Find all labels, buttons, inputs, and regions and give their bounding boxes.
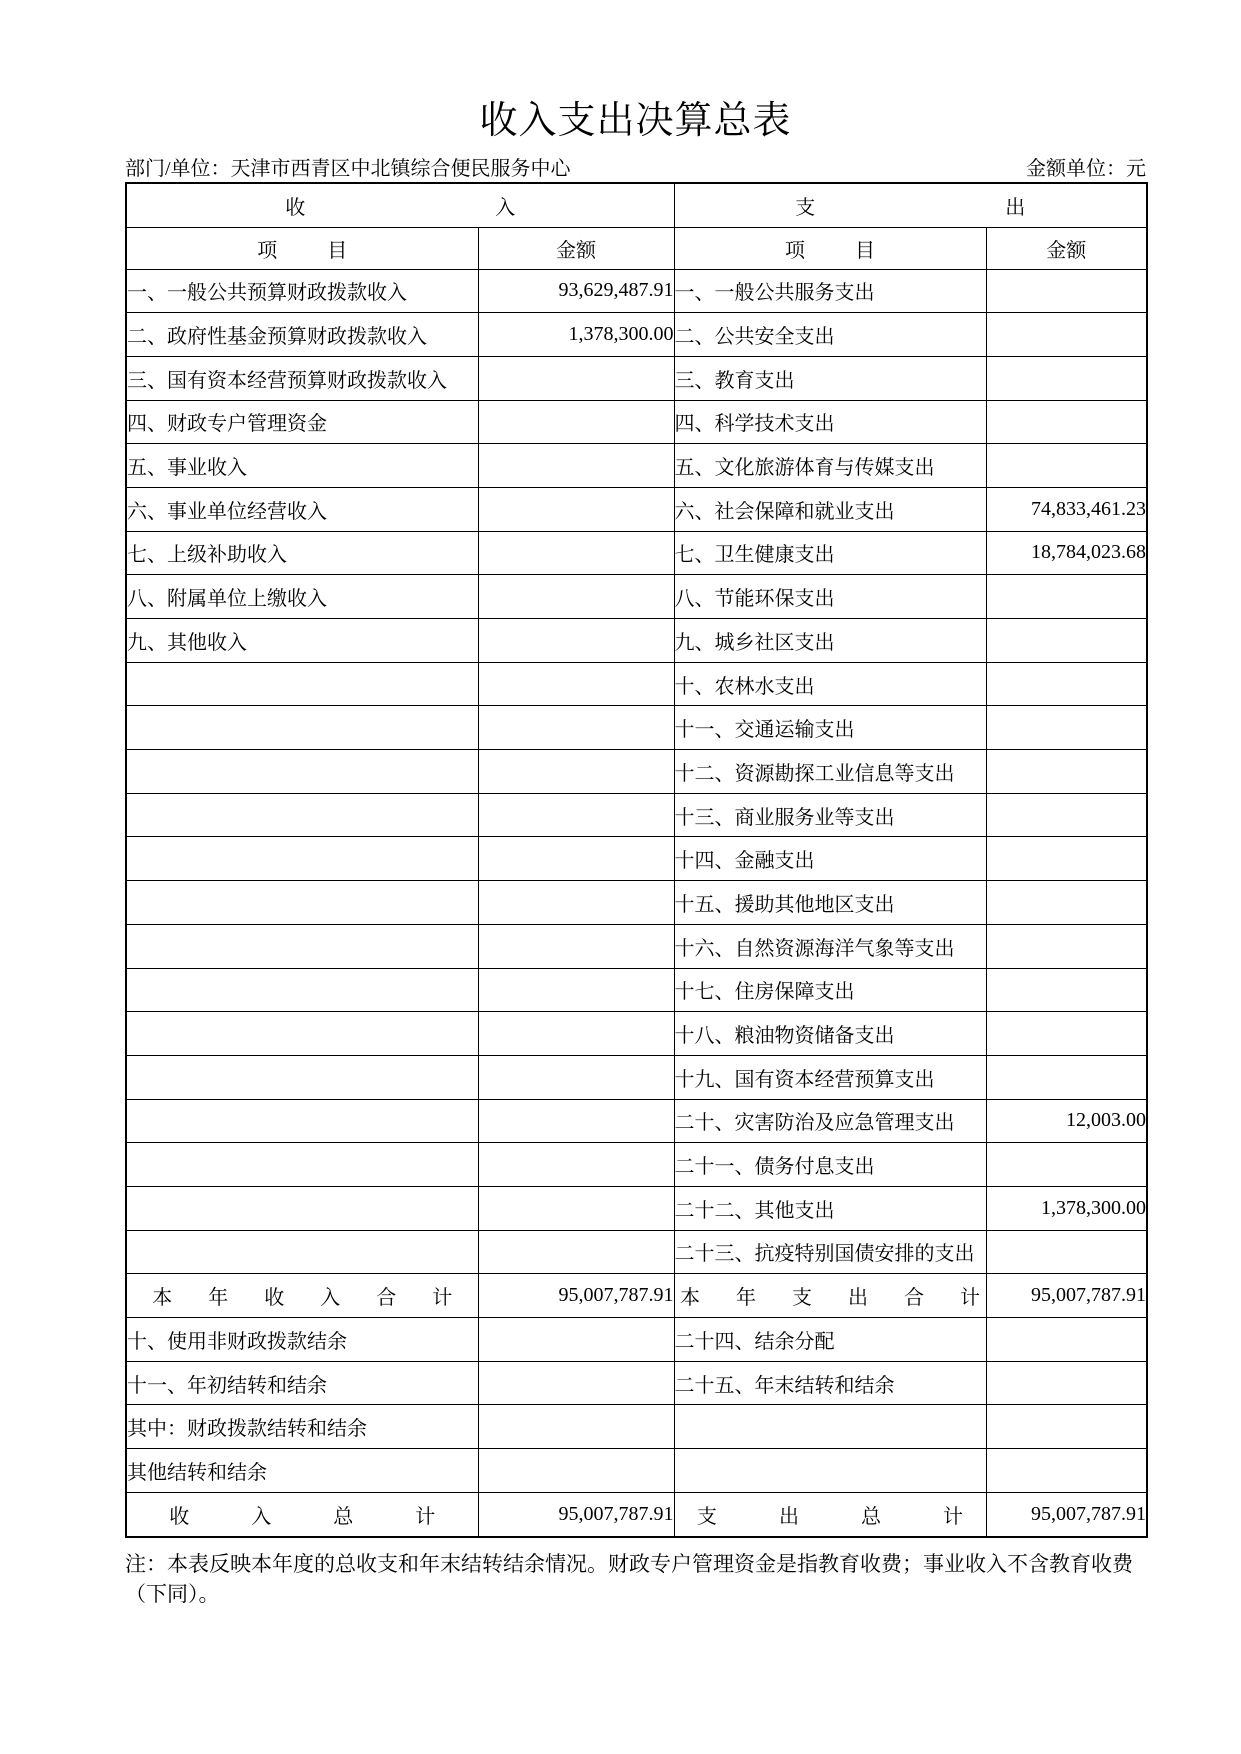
column-header-row: 项目 金额 项目 金额 (126, 227, 1147, 269)
expense-item-cell: 九、城乡社区支出 (674, 619, 986, 663)
table-row: 十二、资源勘探工业信息等支出 (126, 750, 1147, 794)
income-item-cell: 收入总计 (126, 1492, 478, 1537)
income-item-cell: 其中：财政拨款结转和结余 (126, 1405, 478, 1449)
document-page: 收入支出决算总表 部门/单位：天津市西青区中北镇综合便民服务中心 金额单位：元 … (0, 0, 1241, 1754)
expense-amount-cell (986, 1012, 1147, 1056)
expense-item-header: 项目 (674, 227, 986, 269)
expense-item-cell: 本年支出合计 (674, 1274, 986, 1318)
income-item-cell: 七、上级补助收入 (126, 531, 478, 575)
expense-amount-cell (986, 400, 1147, 444)
table-row: 五、事业收入五、文化旅游体育与传媒支出 (126, 444, 1147, 488)
expense-amount-cell (986, 1405, 1147, 1449)
expense-amount-header: 金额 (986, 227, 1147, 269)
income-item-cell (126, 1143, 478, 1187)
expense-item-cell: 二十四、结余分配 (674, 1318, 986, 1362)
income-item-cell (126, 968, 478, 1012)
expense-item-cell-label: 支出总计 (697, 1506, 986, 1528)
expense-amount-cell (986, 444, 1147, 488)
income-item-cell: 五、事业收入 (126, 444, 478, 488)
expense-item-cell: 一、一般公共服务支出 (674, 269, 986, 313)
expense-item-cell: 支出总计 (674, 1492, 986, 1537)
expense-item-cell: 三、教育支出 (674, 356, 986, 400)
expense-item-cell: 十二、资源勘探工业信息等支出 (674, 750, 986, 794)
income-amount-cell (478, 444, 674, 488)
expense-amount-cell (986, 619, 1147, 663)
table-row: 十三、商业服务业等支出 (126, 793, 1147, 837)
income-amount-cell (478, 793, 674, 837)
expense-item-cell: 二十三、抗疫特别国债安排的支出 (674, 1230, 986, 1274)
income-amount-cell (478, 968, 674, 1012)
table-row: 本年收入合计95,007,787.91本年支出合计95,007,787.91 (126, 1274, 1147, 1318)
income-item-cell: 其他结转和结余 (126, 1449, 478, 1493)
income-item-cell-label: 本年收入合计 (152, 1287, 478, 1309)
table-row: 八、附属单位上缴收入八、节能环保支出 (126, 575, 1147, 619)
expense-item-cell: 四、科学技术支出 (674, 400, 986, 444)
expense-item-cell: 十八、粮油物资储备支出 (674, 1012, 986, 1056)
income-item-cell (126, 662, 478, 706)
table-row: 七、上级补助收入七、卫生健康支出18,784,023.68 (126, 531, 1147, 575)
expense-amount-cell (986, 837, 1147, 881)
expense-item-cell: 十六、自然资源海洋气象等支出 (674, 924, 986, 968)
table-row: 十七、住房保障支出 (126, 968, 1147, 1012)
table-row: 二、政府性基金预算财政拨款收入1,378,300.00二、公共安全支出 (126, 313, 1147, 357)
income-item-cell (126, 881, 478, 925)
income-item-cell (126, 706, 478, 750)
income-amount-cell (478, 750, 674, 794)
expense-amount-cell (986, 1318, 1147, 1362)
expense-item-cell: 十五、援助其他地区支出 (674, 881, 986, 925)
income-amount-cell (478, 1405, 674, 1449)
income-item-cell: 八、附属单位上缴收入 (126, 575, 478, 619)
income-item-cell (126, 1055, 478, 1099)
table-row: 十、农林水支出 (126, 662, 1147, 706)
income-amount-cell (478, 662, 674, 706)
table-row: 收入总计95,007,787.91支出总计95,007,787.91 (126, 1492, 1147, 1537)
expense-amount-cell: 12,003.00 (986, 1099, 1147, 1143)
document-content: 收入支出决算总表 部门/单位：天津市西青区中北镇综合便民服务中心 金额单位：元 … (125, 0, 1146, 1609)
income-item-cell: 二、政府性基金预算财政拨款收入 (126, 313, 478, 357)
income-section-header: 收入 (126, 183, 674, 227)
table-row: 十一、年初结转和结余二十五、年末结转和结余 (126, 1361, 1147, 1405)
expense-amount-cell (986, 1449, 1147, 1493)
expense-amount-cell (986, 924, 1147, 968)
income-item-header: 项目 (126, 227, 478, 269)
table-body: 收入 支出 项目 金额 项目 金额 一、一般公共预算财政拨款收入93 (126, 183, 1147, 1537)
table-row: 二十、灾害防治及应急管理支出12,003.00 (126, 1099, 1147, 1143)
table-row: 十六、自然资源海洋气象等支出 (126, 924, 1147, 968)
income-amount-cell (478, 1099, 674, 1143)
income-amount-cell: 93,629,487.91 (478, 269, 674, 313)
expense-item-cell (674, 1449, 986, 1493)
expense-amount-cell (986, 1143, 1147, 1187)
expense-section-label: 支出 (795, 197, 1147, 219)
expense-amount-cell (986, 575, 1147, 619)
income-amount-cell (478, 400, 674, 444)
income-item-cell (126, 1099, 478, 1143)
table-row: 九、其他收入九、城乡社区支出 (126, 619, 1147, 663)
income-item-cell: 六、事业单位经营收入 (126, 487, 478, 531)
table-row: 三、国有资本经营预算财政拨款收入三、教育支出 (126, 356, 1147, 400)
income-item-cell: 三、国有资本经营预算财政拨款收入 (126, 356, 478, 400)
income-amount-cell (478, 1012, 674, 1056)
income-item-cell: 四、财政专户管理资金 (126, 400, 478, 444)
income-amount-cell (478, 1143, 674, 1187)
section-header-row: 收入 支出 (126, 183, 1147, 227)
expense-amount-cell (986, 269, 1147, 313)
expense-amount-cell (986, 881, 1147, 925)
income-item-cell (126, 750, 478, 794)
income-item-cell (126, 793, 478, 837)
income-amount-cell (478, 531, 674, 575)
income-amount-cell (478, 356, 674, 400)
expense-item-cell (674, 1405, 986, 1449)
income-amount-cell: 95,007,787.91 (478, 1492, 674, 1537)
income-item-cell (126, 1186, 478, 1230)
income-item-cell-label: 收入总计 (169, 1506, 478, 1528)
income-amount-cell (478, 924, 674, 968)
expense-amount-cell (986, 1361, 1147, 1405)
income-amount-cell (478, 619, 674, 663)
expense-amount-cell: 18,784,023.68 (986, 531, 1147, 575)
income-item-cell: 本年收入合计 (126, 1274, 478, 1318)
expense-amount-cell (986, 1055, 1147, 1099)
table-row: 其他结转和结余 (126, 1449, 1147, 1493)
expense-item-cell: 七、卫生健康支出 (674, 531, 986, 575)
income-amount-header: 金额 (478, 227, 674, 269)
income-item-cell: 九、其他收入 (126, 619, 478, 663)
expense-item-cell: 五、文化旅游体育与传媒支出 (674, 444, 986, 488)
expense-item-cell: 十七、住房保障支出 (674, 968, 986, 1012)
income-amount-cell (478, 706, 674, 750)
income-section-label: 收入 (285, 197, 674, 219)
table-row: 十一、交通运输支出 (126, 706, 1147, 750)
table-row: 二十二、其他支出1,378,300.00 (126, 1186, 1147, 1230)
expense-amount-cell: 95,007,787.91 (986, 1274, 1147, 1318)
income-amount-cell (478, 837, 674, 881)
income-item-cell: 一、一般公共预算财政拨款收入 (126, 269, 478, 313)
table-row: 其中：财政拨款结转和结余 (126, 1405, 1147, 1449)
page-title: 收入支出决算总表 (125, 0, 1146, 143)
table-row: 十九、国有资本经营预算支出 (126, 1055, 1147, 1099)
expense-item-header-label: 项目 (785, 240, 925, 262)
expense-amount-cell (986, 356, 1147, 400)
department-label: 部门/单位：天津市西青区中北镇综合便民服务中心 (125, 156, 571, 182)
subheader-row: 部门/单位：天津市西青区中北镇综合便民服务中心 金额单位：元 (125, 156, 1146, 182)
income-amount-cell (478, 1449, 674, 1493)
expense-amount-cell (986, 750, 1147, 794)
expense-amount-cell (986, 313, 1147, 357)
expense-item-cell: 十九、国有资本经营预算支出 (674, 1055, 986, 1099)
income-item-cell: 十一、年初结转和结余 (126, 1361, 478, 1405)
income-amount-cell (478, 1318, 674, 1362)
income-item-header-label: 项目 (257, 240, 397, 262)
expense-amount-cell (986, 793, 1147, 837)
income-amount-cell (478, 881, 674, 925)
expense-amount-cell: 74,833,461.23 (986, 487, 1147, 531)
expense-item-cell: 二十、灾害防治及应急管理支出 (674, 1099, 986, 1143)
income-amount-cell: 95,007,787.91 (478, 1274, 674, 1318)
table-row: 十五、援助其他地区支出 (126, 881, 1147, 925)
amount-unit-label: 金额单位：元 (1026, 156, 1146, 182)
expense-section-header: 支出 (674, 183, 1147, 227)
income-amount-cell (478, 1055, 674, 1099)
expense-amount-cell (986, 1230, 1147, 1274)
expense-item-cell: 十一、交通运输支出 (674, 706, 986, 750)
income-item-cell (126, 1230, 478, 1274)
table-row: 十、使用非财政拨款结余二十四、结余分配 (126, 1318, 1147, 1362)
income-amount-cell (478, 487, 674, 531)
expense-amount-cell (986, 662, 1147, 706)
income-item-cell (126, 1012, 478, 1056)
expense-item-cell: 十、农林水支出 (674, 662, 986, 706)
table-row: 二十三、抗疫特别国债安排的支出 (126, 1230, 1147, 1274)
expense-amount-cell: 1,378,300.00 (986, 1186, 1147, 1230)
table-row: 六、事业单位经营收入六、社会保障和就业支出74,833,461.23 (126, 487, 1147, 531)
table-row: 四、财政专户管理资金四、科学技术支出 (126, 400, 1147, 444)
expense-item-cell: 六、社会保障和就业支出 (674, 487, 986, 531)
table-row: 十八、粮油物资储备支出 (126, 1012, 1147, 1056)
table-row: 一、一般公共预算财政拨款收入93,629,487.91一、一般公共服务支出 (126, 269, 1147, 313)
expense-item-cell: 二十五、年末结转和结余 (674, 1361, 986, 1405)
income-amount-cell: 1,378,300.00 (478, 313, 674, 357)
income-item-cell: 十、使用非财政拨款结余 (126, 1318, 478, 1362)
table-row: 二十一、债务付息支出 (126, 1143, 1147, 1187)
expense-amount-cell: 95,007,787.91 (986, 1492, 1147, 1537)
income-amount-cell (478, 1361, 674, 1405)
expense-item-cell: 二十二、其他支出 (674, 1186, 986, 1230)
income-item-cell (126, 837, 478, 881)
income-amount-cell (478, 1186, 674, 1230)
expense-amount-cell (986, 968, 1147, 1012)
income-expense-table: 收入 支出 项目 金额 项目 金额 一、一般公共预算财政拨款收入93 (125, 182, 1148, 1538)
income-item-cell (126, 924, 478, 968)
expense-item-cell-label: 本年支出合计 (680, 1287, 986, 1309)
expense-amount-cell (986, 706, 1147, 750)
expense-item-cell: 二十一、债务付息支出 (674, 1143, 986, 1187)
expense-item-cell: 八、节能环保支出 (674, 575, 986, 619)
expense-item-cell: 十四、金融支出 (674, 837, 986, 881)
income-amount-cell (478, 1230, 674, 1274)
expense-item-cell: 二、公共安全支出 (674, 313, 986, 357)
table-row: 十四、金融支出 (126, 837, 1147, 881)
expense-item-cell: 十三、商业服务业等支出 (674, 793, 986, 837)
income-amount-cell (478, 575, 674, 619)
footnote: 注：本表反映本年度的总收支和年末结转结余情况。财政专户管理资金是指教育收费；事业… (125, 1549, 1146, 1609)
